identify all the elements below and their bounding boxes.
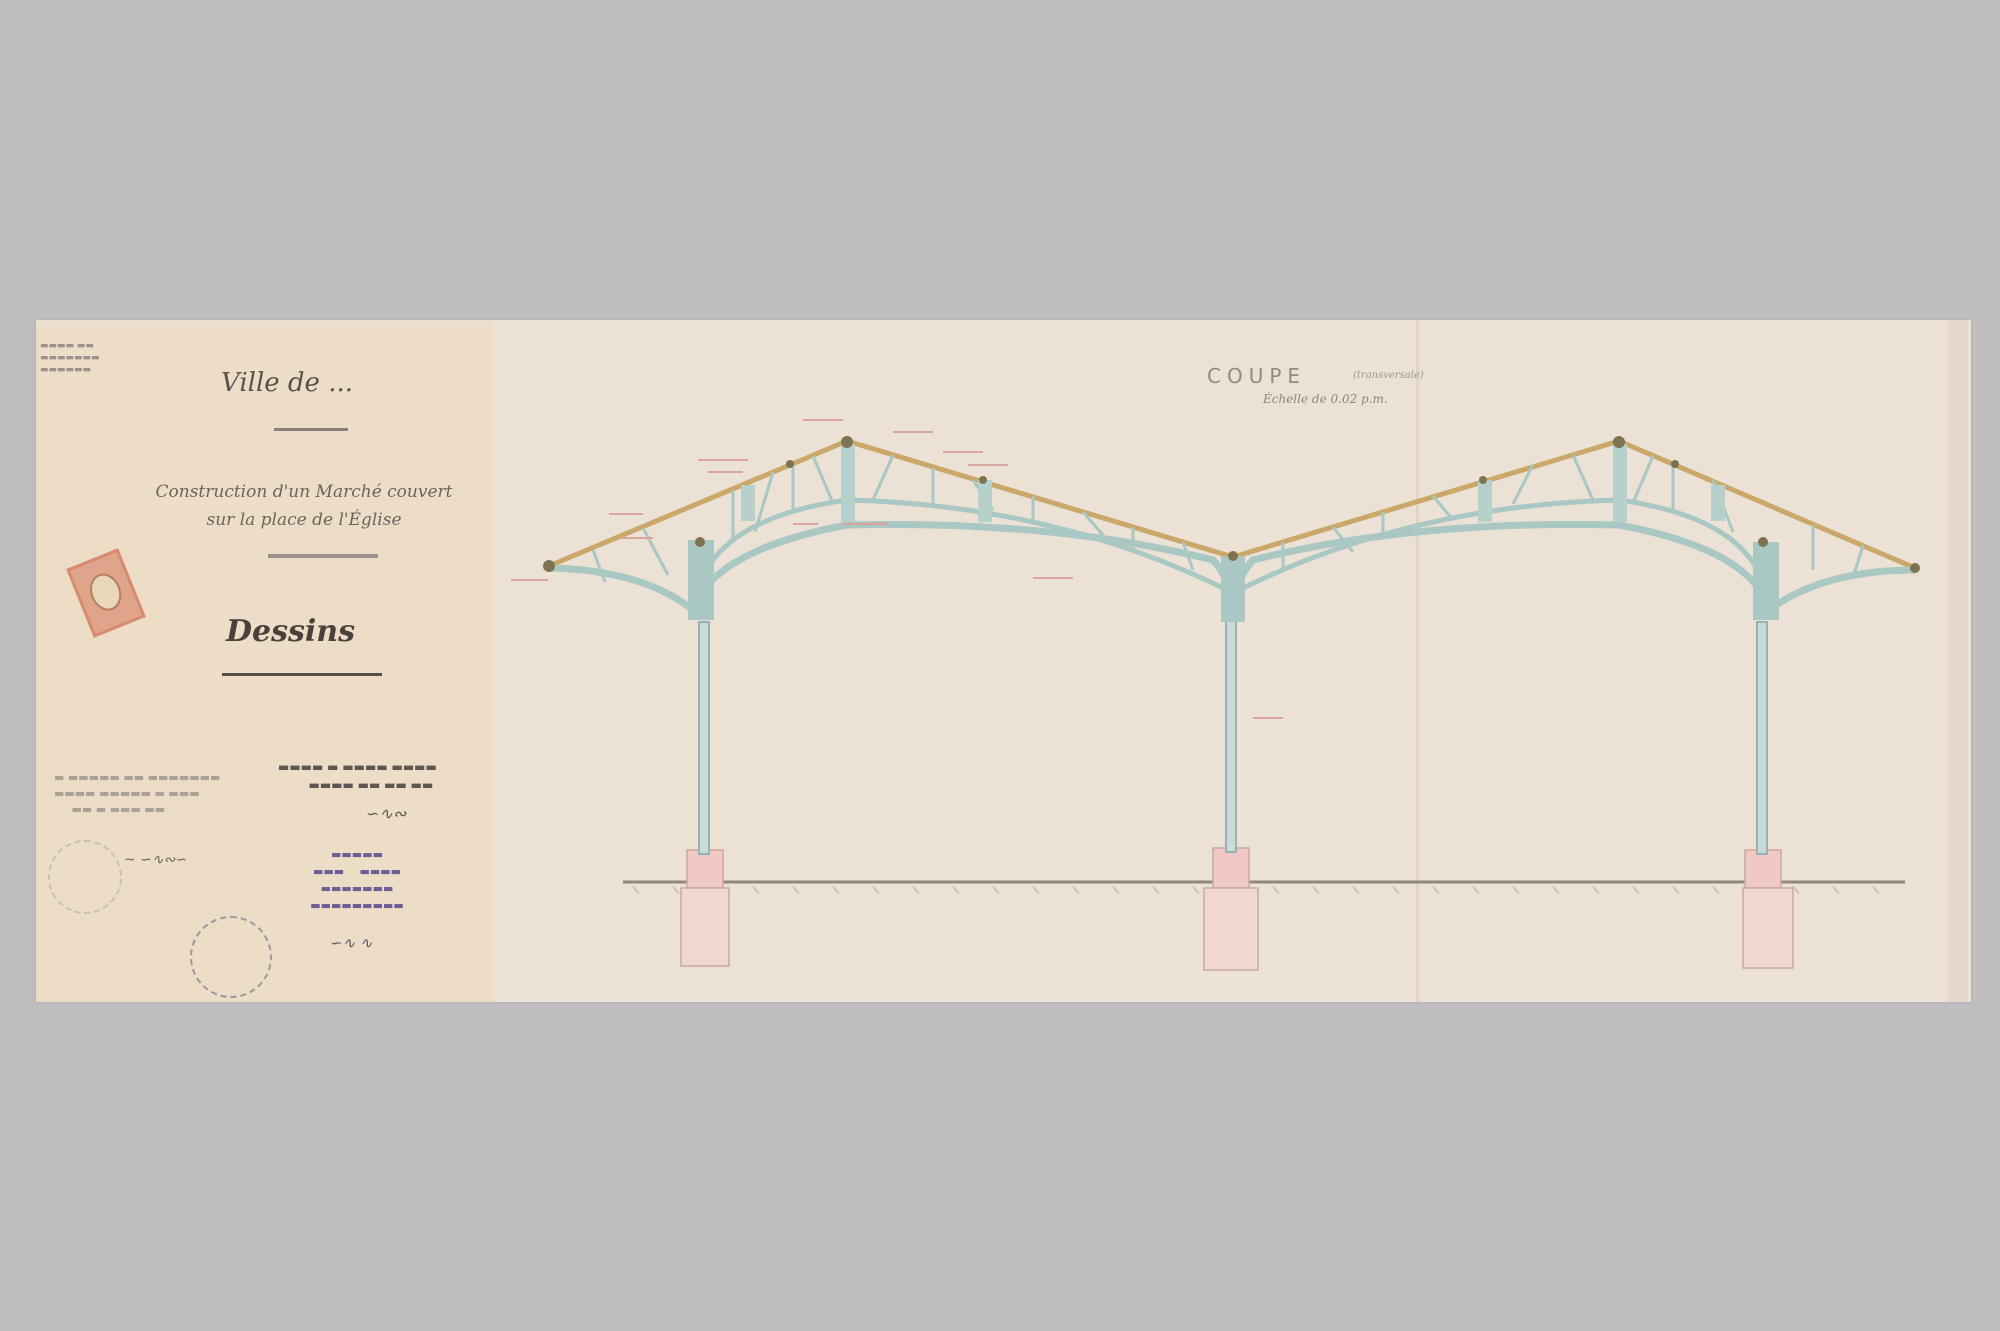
round-seal xyxy=(190,916,272,998)
project-line-2: sur la place de l'Église xyxy=(206,510,401,530)
tax-stamp xyxy=(66,548,146,638)
roof-section-drawing xyxy=(493,320,1971,1002)
title-panel: ▬▬▬▬ ▬▬▬▬▬▬▬▬▬▬▬▬▬▬▬ Ville de ... Constr… xyxy=(36,328,495,1002)
signature-1: ~ ∽∿∾∽ xyxy=(124,852,187,868)
purple-stamp-block: ▬▬▬▬▬▬▬▬ ▬▬▬▬▬▬▬▬▬▬▬▬▬▬▬▬▬▬▬▬ xyxy=(282,846,432,914)
signature-2: ∽∿ ∿ xyxy=(330,934,372,952)
section-title: Dessins xyxy=(226,614,355,649)
foundations xyxy=(681,848,1793,970)
dimension-annotations xyxy=(511,420,1283,718)
columns xyxy=(699,620,1767,854)
architect-signature: ∽∿∾ xyxy=(366,804,406,823)
project-title: Construction d'un Marché couvert sur la … xyxy=(144,478,464,534)
roof-bay-right xyxy=(1221,441,1915,622)
town-title: Ville de ... xyxy=(221,368,353,398)
project-line-1: Construction d'un Marché couvert xyxy=(156,482,453,502)
drawing-sheet: ▬▬▬▬ ▬▬▬▬▬▬▬▬▬▬▬▬▬▬▬ Ville de ... Constr… xyxy=(36,320,1971,1002)
roof-bay-left xyxy=(549,441,1233,620)
subtitle-rule xyxy=(268,554,378,558)
faded-seal xyxy=(48,840,122,914)
section-rule xyxy=(222,673,382,676)
approval-note: ▬ ▬▬▬▬▬ ▬▬ ▬▬▬▬▬▬▬▬▬▬▬ ▬▬▬▬▬ ▬ ▬▬▬ ▬▬ ▬ … xyxy=(54,770,220,818)
architect-note: ▬▬▬▬ ▬ ▬▬▬▬ ▬▬▬▬ ▬▬▬▬ ▬▬ ▬▬ ▬▬ xyxy=(278,758,437,794)
title-rule xyxy=(274,428,348,431)
section-drawing-panel: COUPE (transversale) Échelle de 0.02 p.m… xyxy=(493,320,1971,1002)
corner-annotation: ▬▬▬▬ ▬▬▬▬▬▬▬▬▬▬▬▬▬▬▬ xyxy=(40,340,100,376)
